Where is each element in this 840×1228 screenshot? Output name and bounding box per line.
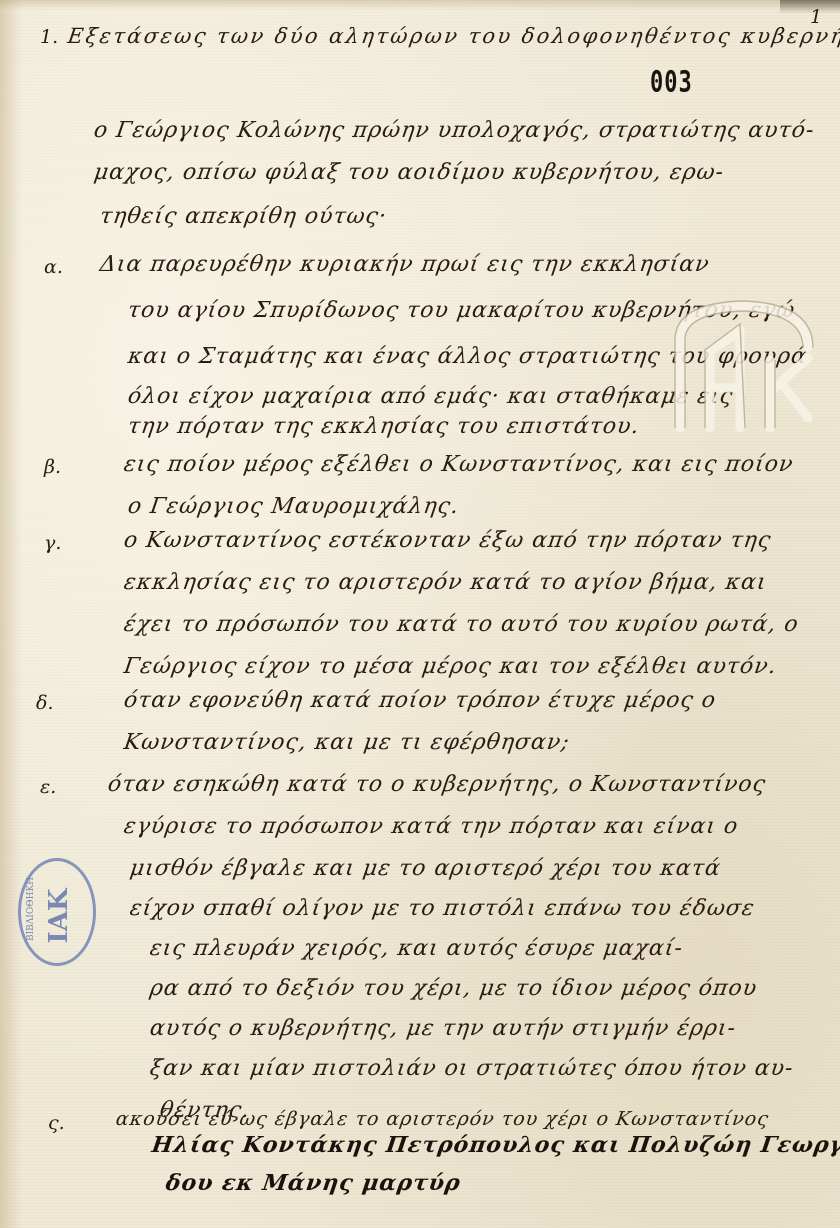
manuscript-line: Κωνσταντίνος, και με τι εφέρθησαν; (122, 730, 571, 755)
item-marker: γ. (44, 532, 61, 554)
library-stamp: ΒΙΒΛΙΟΘΗΚΗ ΙΑΚ (18, 858, 96, 966)
manuscript-line: έχει το πρόσωπόν του κατά το αυτό του κυ… (122, 612, 800, 637)
manuscript-line: Γεώργιος είχον το μέσα μέρος και τον εξέ… (122, 654, 778, 679)
folio-number: 003 (650, 66, 693, 100)
page-edge-top (0, 0, 840, 10)
manuscript-line: ο Γεώργιος Μαυρομιχάλης. (126, 494, 461, 519)
manuscript-line: είχον σπαθί ολίγον με το πιστόλι επάνω τ… (128, 896, 756, 921)
stamp-center-text: ΙΑΚ (44, 886, 74, 946)
item-marker: δ. (36, 692, 53, 714)
item-marker: β. (44, 456, 61, 478)
manuscript-line: μισθόν έβγαλε και με το αριστερό χέρι το… (128, 856, 722, 881)
item-marker: ε. (40, 776, 56, 798)
manuscript-line: εις πλευράν χειρός, και αυτός έσυρε μαχα… (148, 936, 684, 961)
manuscript-line: μαχος, οπίσω φύλαξ του αοιδίμου κυβερνήτ… (92, 160, 726, 185)
header-margin-number: 1. (40, 26, 58, 48)
manuscript-line: εγύρισε το πρόσωπον κατά την πόρταν και … (122, 814, 740, 839)
manuscript-line: όλοι είχον μαχαίρια από εμάς· και σταθήκ… (126, 384, 735, 409)
manuscript-line: εκκλησίας εις το αριστερόν κατά το αγίον… (122, 570, 768, 595)
manuscript-line: ο Γεώργιος Κολώνης πρώην υπολοχαγός, στρ… (92, 118, 816, 143)
stamp-ring-text: ΒΙΒΛΙΟΘΗΚΗ (26, 877, 36, 941)
iak-watermark-icon (658, 300, 828, 435)
manuscript-line: ακούσει εύ ως έβγαλε το αριστερόν του χέ… (114, 1108, 770, 1130)
manuscript-line: ρα από το δεξιόν του χέρι, με το ίδιον μ… (148, 976, 759, 1001)
signature-line: Ηλίας Κοντάκης Πετρόπουλος και Πολυζώη Γ… (150, 1132, 840, 1158)
manuscript-line: ξαν και μίαν πιστολιάν οι στρατιώτες όπο… (148, 1056, 795, 1081)
manuscript-line: εις ποίον μέρος εξέλθει ο Κωνσταντίνος, … (122, 452, 795, 477)
manuscript-line: όταν εφονεύθη κατά ποίον τρόπον έτυχε μέ… (122, 688, 718, 713)
signature-line: δου εκ Μάνης μαρτύρ (164, 1170, 462, 1196)
page-edge-left (0, 0, 22, 1228)
manuscript-line: αυτός ο κυβερνήτης, με την αυτήν στιγμήν… (148, 1016, 737, 1041)
manuscript-line: Δια παρευρέθην κυριακήν πρωί εις την εκκ… (98, 252, 711, 277)
manuscript-line: την πόρταν της εκκλησίας του επιστάτου. (126, 414, 641, 439)
manuscript-line: τηθείς απεκρίθη ούτως· (98, 204, 388, 229)
manuscript-line: ο Κωνσταντίνος εστέκονταν έξω από την πό… (122, 528, 773, 553)
item-marker: ς. (48, 1112, 65, 1134)
document-title-line: Εξετάσεως των δύο αλητώρων του δολοφονηθ… (66, 24, 840, 48)
manuscript-line: όταν εσηκώθη κατά το ο κυβερνήτης, ο Κων… (106, 772, 768, 797)
item-marker: α. (44, 256, 63, 278)
